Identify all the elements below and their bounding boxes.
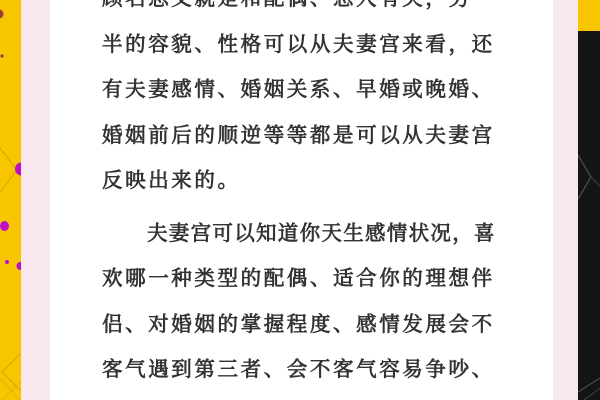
text-line: 半的容貌、性格可以从夫妻宫来看，还 bbox=[102, 22, 553, 68]
text-line: 顾名思义就是和配偶、恋人有关，另 bbox=[102, 0, 553, 22]
article-card: 顾名思义就是和配偶、恋人有关，另 半的容貌、性格可以从夫妻宫来看，还 有夫妻感情… bbox=[21, 0, 578, 400]
paragraph: 夫妻宫可以知道你天生感情状况，喜 欢哪一种类型的配偶、适合你的理想伴 侣、对婚姻… bbox=[102, 211, 553, 393]
page: 顾名思义就是和配偶、恋人有关，另 半的容貌、性格可以从夫妻宫来看，还 有夫妻感情… bbox=[0, 0, 600, 400]
chevron-line bbox=[591, 177, 600, 186]
text-line: 反映出来的。 bbox=[102, 158, 553, 204]
confetti-dot bbox=[0, 10, 4, 19]
confetti-pattern bbox=[0, 0, 21, 400]
confetti-dot bbox=[0, 221, 9, 231]
left-confetti-strip bbox=[0, 0, 21, 400]
confetti-dot bbox=[5, 260, 9, 264]
chevron-line bbox=[2, 353, 21, 391]
confetti-dot bbox=[0, 54, 3, 57]
text-line: 有夫妻感情、婚姻关系、早婚或晚婚、 bbox=[102, 67, 553, 113]
dark-pattern bbox=[578, 0, 600, 400]
text-line: 夫妻宫可以知道你天生感情状况，喜 bbox=[102, 211, 553, 257]
chevron-line bbox=[578, 155, 591, 199]
text-line: 欢哪一种类型的配偶、适合你的理想伴 bbox=[102, 256, 553, 302]
chevron-line bbox=[0, 378, 20, 400]
paragraph: 顾名思义就是和配偶、恋人有关，另 半的容貌、性格可以从夫妻宫来看，还 有夫妻感情… bbox=[102, 0, 553, 204]
chevron-line bbox=[0, 148, 17, 192]
chevron-line bbox=[584, 388, 600, 400]
text-line: 客气遇到第三者、会不客气容易争吵、 bbox=[102, 347, 553, 393]
text-line: 婚姻前后的顺逆等等都是可以从夫妻宫 bbox=[102, 113, 553, 159]
text-line: 侣、对婚姻的掌握程度、感情发展会不 bbox=[102, 302, 553, 348]
article-text: 顾名思义就是和配偶、恋人有关，另 半的容貌、性格可以从夫妻宫来看，还 有夫妻感情… bbox=[50, 0, 553, 400]
right-dark-strip bbox=[578, 0, 600, 400]
corner-accent bbox=[578, 0, 600, 31]
